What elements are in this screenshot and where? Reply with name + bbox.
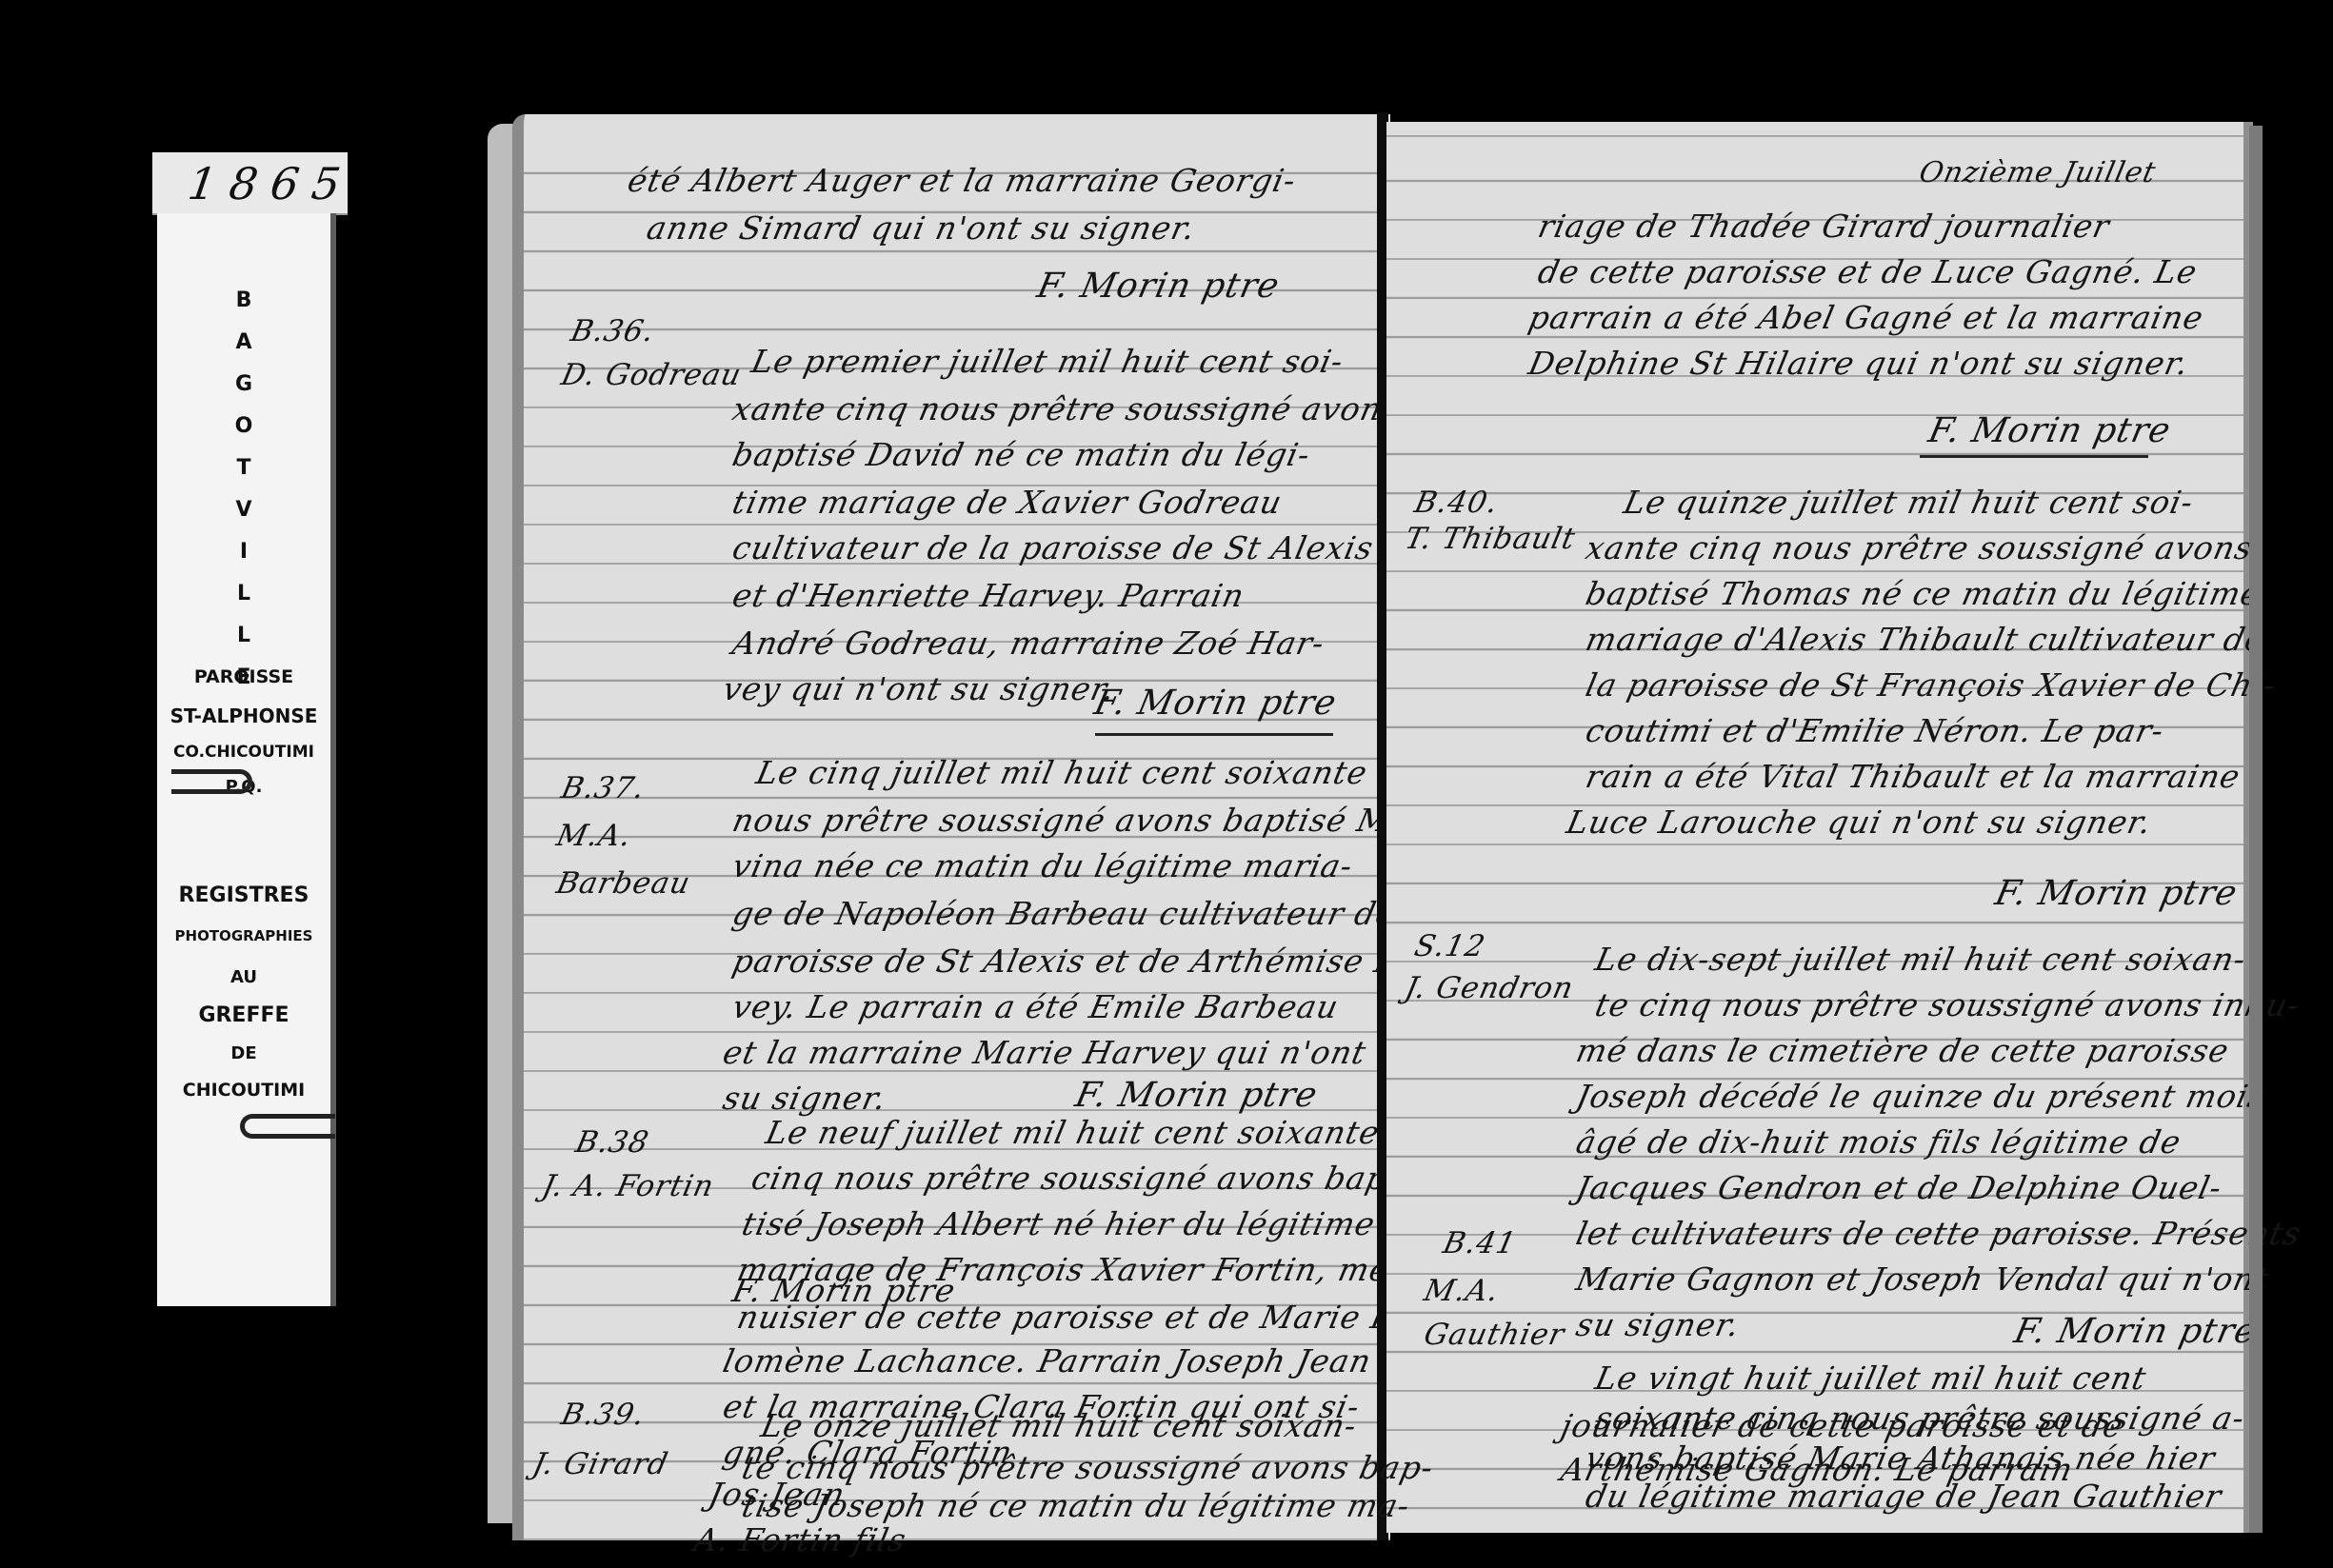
label-greffe: GREFFE: [157, 1003, 330, 1027]
entry-margin-number: B.39.: [558, 1398, 648, 1432]
text-line: tisé Joseph Albert né hier du légitime: [739, 1205, 1379, 1242]
entry-margin-name: Barbeau: [553, 866, 693, 901]
text-line: Le onze juillet mil huit cent soixan-: [758, 1407, 1361, 1444]
letter: I: [157, 531, 330, 573]
text-line: Joseph décédé le quinze du présent mois: [1573, 1078, 2269, 1115]
text-line: vey. Le parrain a été Emile Barbeau: [729, 988, 1343, 1025]
text-line: anne Simard qui n'ont su signer.: [644, 209, 1199, 247]
parish-name-vertical: B A G O T V I L L E: [157, 280, 330, 699]
signature-flourish: [1095, 733, 1333, 736]
text-line: su signer.: [1573, 1306, 1744, 1343]
entry-margin-name: J. A. Fortin: [539, 1169, 717, 1203]
text-line: tisé Joseph né ce matin du légitime ma-: [739, 1487, 1414, 1524]
text-line: mé dans le cimetière de cette paroisse: [1573, 1032, 2233, 1069]
text-line: André Godreau, marraine Zoé Har-: [729, 625, 1328, 662]
letter: T: [157, 447, 330, 489]
register-label-strip: B A G O T V I L L E PAROISSE ST-ALPHONSE…: [157, 213, 336, 1306]
text-line: xante cinq nous prêtre soussigné avons: [1583, 529, 2257, 566]
entry-margin-name: T. Thibault: [1402, 522, 1579, 556]
label-photographies: PHOTOGRAPHIES: [157, 927, 330, 944]
signature-flourish: [1920, 455, 2148, 458]
text-line: cinq nous prêtre soussigné avons bap-: [748, 1160, 1403, 1197]
text-line: mariage d'Alexis Thibault cultivateur de: [1583, 621, 2269, 658]
text-line: Jacques Gendron et de Delphine Ouel-: [1573, 1169, 2225, 1206]
label-chicoutimi: CHICOUTIMI: [157, 1080, 330, 1101]
entry-margin-name: Gauthier: [1421, 1318, 1567, 1352]
entry-margin-number: B.41: [1440, 1226, 1520, 1260]
entry-margin-number: B.36.: [568, 314, 658, 348]
text-line: âgé de dix-huit mois fils légitime de: [1573, 1123, 2184, 1161]
priest-signature: F. Morin ptre: [1925, 411, 2175, 450]
text-line: te cinq nous prêtre soussigné avons bap-: [739, 1449, 1438, 1486]
year-card: 1865: [152, 152, 348, 213]
text-line: Arthémise Gagnon. Le parrain: [1558, 1451, 2077, 1488]
label-au: AU: [157, 967, 330, 987]
signature-left-b38: F. Morin ptre: [729, 1272, 959, 1309]
entry-margin-number: B.38: [572, 1125, 652, 1160]
text-line: vey qui n'ont su signer.: [720, 670, 1119, 707]
entry-margin-name: J. Girard: [529, 1447, 671, 1481]
text-line: coutimi et d'Emilie Néron. Le par-: [1583, 712, 2168, 749]
witness-signature: A. Fortin fils: [691, 1521, 910, 1558]
text-line: vina née ce matin du légitime maria-: [729, 847, 1357, 884]
book-page-edge: [2249, 126, 2263, 1533]
entry-margin-name: D. Godreau: [558, 358, 745, 392]
priest-signature: F. Morin ptre: [2011, 1312, 2261, 1351]
text-line: Delphine St Hilaire qui n'ont su signer.: [1525, 345, 2193, 382]
text-line: de cette paroisse et de Luce Gagné. Le: [1535, 253, 2201, 290]
label-paroisse: PAROISSE: [157, 666, 330, 687]
left-page: été Albert Auger et la marraine Georgi- …: [512, 114, 1390, 1540]
text-line: te cinq nous prêtre soussigné avons inhu…: [1592, 986, 2303, 1023]
letter: G: [157, 364, 330, 406]
entry-margin-name: M.A.: [1421, 1274, 1502, 1308]
text-line: paroisse de St Alexis et de Arthémise Ha…: [729, 943, 1454, 980]
letter: V: [157, 489, 330, 531]
text-line: time mariage de Xavier Godreau: [729, 484, 1286, 521]
text-line: let cultivateurs de cette paroisse. Prés…: [1573, 1215, 2304, 1252]
priest-signature: F. Morin ptre: [1992, 874, 2242, 913]
text-line: Le premier juillet mil huit cent soi-: [748, 343, 1347, 380]
text-line: parrain a été Abel Gagné et la marraine: [1525, 299, 2207, 336]
letter: L: [157, 615, 330, 657]
text-line: baptisé Thomas né ce matin du légitime: [1583, 575, 2264, 612]
text-line: Le vingt huit juillet mil huit cent: [1592, 1360, 2150, 1397]
text-line: journalier de cette paroisse et de: [1558, 1407, 2127, 1444]
entry-margin-name: M.A.: [553, 819, 634, 853]
text-line: Le dix-sept juillet mil huit cent soixan…: [1592, 941, 2250, 978]
text-line: xante cinq nous prêtre soussigné avons: [729, 390, 1404, 427]
text-line: Marie Gagnon et Joseph Vendal qui n'ont: [1573, 1260, 2272, 1298]
label-st-alphonse: ST-ALPHONSE: [157, 705, 330, 727]
text-line: Le quinze juillet mil huit cent soi-: [1621, 484, 2197, 521]
label-registres: REGISTRES: [157, 883, 330, 907]
paper-clip-top: [171, 769, 252, 794]
text-line: et d'Henriette Harvey. Parrain: [729, 577, 1248, 614]
letter: O: [157, 406, 330, 447]
entry-margin-number: B.37.: [558, 771, 648, 805]
text-line: su signer.: [720, 1080, 890, 1117]
entry-margin-number: S.12: [1411, 929, 1488, 963]
priest-signature: F. Morin ptre: [1091, 684, 1341, 723]
text-line: Le neuf juillet mil huit cent soixante-: [763, 1114, 1395, 1151]
priest-signature: F. Morin ptre: [1034, 267, 1284, 306]
text-line: baptisé David né ce matin du légi-: [729, 436, 1314, 473]
text-line: cultivateur de la paroisse de St Alexis: [729, 529, 1377, 566]
entry-margin-number: B.40.: [1411, 486, 1502, 520]
letter: A: [157, 322, 330, 364]
text-line: ge de Napoléon Barbeau cultivateur de la: [729, 895, 1442, 932]
text-line: la paroisse de St François Xavier de Chi…: [1583, 666, 2280, 704]
letter: L: [157, 573, 330, 615]
text-line: rain a été Vital Thibault et la marraine: [1583, 758, 2244, 795]
header-note: Onzième Juillet: [1916, 156, 2159, 189]
right-page: Onzième Juillet riage de Thadée Girard j…: [1386, 122, 2253, 1533]
text-line: Luce Larouche qui n'ont su signer.: [1564, 804, 2156, 841]
letter: B: [157, 280, 330, 322]
priest-signature: F. Morin ptre: [1072, 1076, 1322, 1115]
label-county: CO.CHICOUTIMI: [157, 743, 330, 762]
text-line: riage de Thadée Girard journalier: [1535, 208, 2113, 245]
text-line: lomène Lachance. Parrain Joseph Jean: [720, 1342, 1375, 1379]
year-label: 1865: [185, 158, 357, 209]
label-de: DE: [157, 1043, 330, 1063]
paper-clip-bottom: [240, 1114, 335, 1139]
entry-margin-name: J. Gendron: [1402, 971, 1577, 1005]
text-line: et la marraine Marie Harvey qui n'ont: [720, 1034, 1370, 1071]
text-line: été Albert Auger et la marraine Georgi-: [625, 162, 1300, 199]
text-line: Le cinq juillet mil huit cent soixante c…: [753, 754, 1454, 791]
